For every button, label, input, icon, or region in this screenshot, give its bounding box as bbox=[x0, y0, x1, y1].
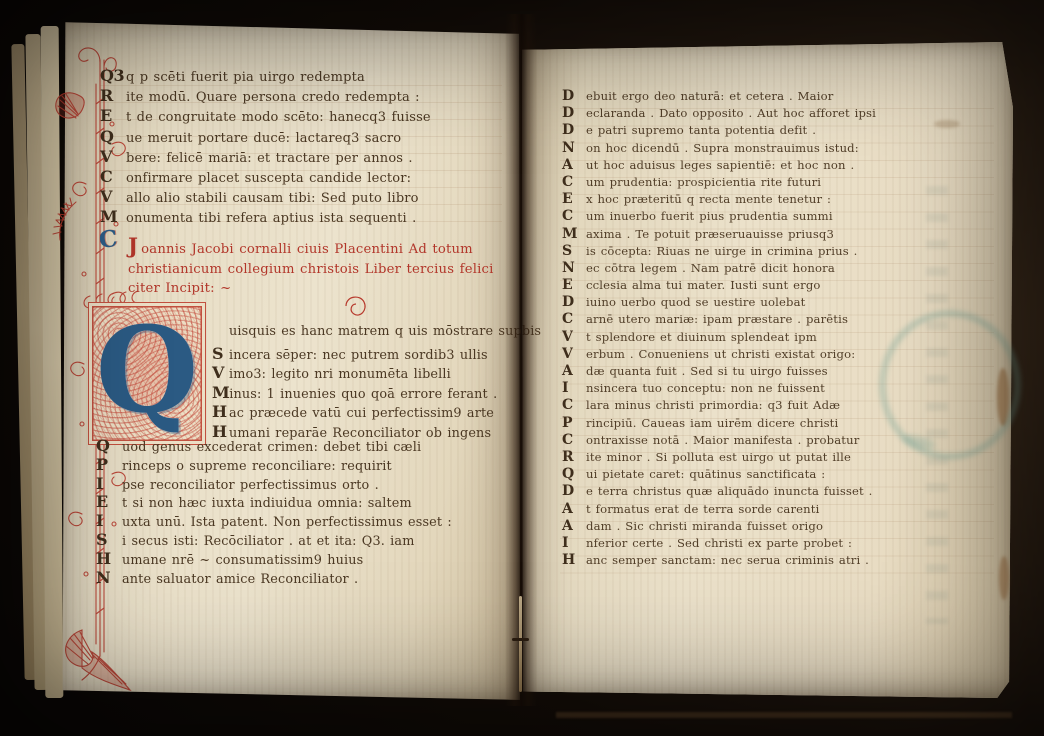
verse-text: uisquis es hanc matrem q uis mōstrare su… bbox=[229, 324, 541, 339]
drop-cap-q: Q bbox=[88, 302, 206, 445]
versal-initial: V bbox=[562, 329, 586, 345]
versal-initial: M bbox=[212, 383, 229, 402]
leaf-ornament bbox=[56, 93, 84, 118]
verse-text: onumenta tibi refera aptius ista sequent… bbox=[126, 211, 416, 226]
verse-line: S is cōcepta: Riuas ne uirge in crimina … bbox=[562, 243, 876, 260]
verse-line: I nsincera tuo conceptu: non ne fuissent bbox=[562, 380, 876, 397]
verse-text: t si non hæc iuxta indiuidua omnia: salt… bbox=[122, 496, 412, 511]
verse-line: H umane nrē ~ consumatissim9 huius bbox=[96, 549, 452, 568]
verse-line: H ac præcede vatū cui perfectissim9 arte bbox=[212, 402, 541, 422]
verse-line: C um prudentia: prospicientia rite futur… bbox=[562, 174, 876, 191]
verse-text: uod genus excederat crimen: debet tibi c… bbox=[122, 440, 421, 455]
verse-line: N ante saluator amice Reconciliator . bbox=[96, 568, 452, 587]
versal-initial: C bbox=[562, 311, 586, 327]
versal-initial: I bbox=[96, 474, 122, 493]
versal-initial: S bbox=[212, 344, 229, 363]
verse-line: E t de congruitate modo scēto: hanecq3 f… bbox=[100, 106, 431, 126]
verse-text: q p scēti fuerit pia uirgo redempta bbox=[126, 70, 365, 85]
verse-text: arnē utero mariæ: ipam præstare . parēti… bbox=[586, 312, 848, 326]
verse-line: A t formatus erat de terra sorde carenti bbox=[562, 501, 876, 518]
verse-text: is cōcepta: Riuas ne uirge in crimina pr… bbox=[586, 244, 857, 258]
verse-text: allo alio stabili causam tibi: Sed puto … bbox=[126, 191, 419, 206]
versal-initial: M bbox=[562, 226, 586, 242]
verse-text: rinceps o supreme reconciliare: requirit bbox=[122, 459, 392, 474]
verse-text: on hoc dicendū . Supra monstrauimus istu… bbox=[586, 141, 859, 155]
verse-line: A dam . Sic christi miranda fuisset orig… bbox=[562, 518, 876, 535]
verse-text: dam . Sic christi miranda fuisset origo bbox=[586, 519, 823, 533]
versal-initial: Q bbox=[100, 127, 126, 146]
verse-text: e terra christus quæ aliquādo inuncta fu… bbox=[586, 484, 873, 498]
versal-initial: D bbox=[562, 122, 586, 138]
left-verse-block: Q3 q p scēti fuerit pia uirgo redempta R… bbox=[100, 66, 431, 228]
verse-text: iuino uerbo quod se uestire uolebat bbox=[586, 295, 805, 309]
verse-line: N ec cōtra legem . Nam patrē dicit honor… bbox=[562, 260, 876, 277]
verse-text: t de congruitate modo scēto: hanecq3 fui… bbox=[126, 110, 431, 125]
verse-text: t formatus erat de terra sorde carenti bbox=[586, 502, 819, 516]
verse-line: C um inuerbo fuerit pius prudentia summi bbox=[562, 208, 876, 225]
verse-line: H anc semper sanctam: nec serua criminis… bbox=[562, 552, 876, 569]
verse-line: V allo alio stabili causam tibi: Sed put… bbox=[100, 187, 431, 207]
versal-initial: H bbox=[96, 549, 122, 568]
verse-text: ebuit ergo deo naturā: et cetera . Maior bbox=[586, 89, 833, 103]
verse-text: inus: 1 inuenies quo qoā errore ferant . bbox=[229, 387, 497, 402]
verse-line: Q3 q p scēti fuerit pia uirgo redempta bbox=[100, 66, 431, 86]
verse-line: C ontraxisse notā . Maior manifesta . pr… bbox=[562, 432, 876, 449]
verse-text: x hoc præteritū q recta mente tenetur : bbox=[586, 192, 831, 206]
versal-initial: V bbox=[212, 363, 229, 382]
versal-initial: V bbox=[100, 147, 126, 166]
verse-line: I pse reconciliator perfectissimus orto … bbox=[96, 474, 452, 493]
verse-line: V imo3: legito nri monumēta libelli bbox=[212, 363, 541, 383]
verse-line: P rincipiū. Caueas iam uirēm dicere chri… bbox=[562, 415, 876, 432]
rubric-initial: J bbox=[128, 233, 138, 258]
verse-text: cclesia alma tui mater. Iusti sunt ergo bbox=[586, 278, 821, 292]
verse-text: ui pietate caret: quātinus sanctificata … bbox=[586, 467, 825, 481]
verse-text: i secus isti: Recōciliator . at et ita: … bbox=[122, 534, 414, 549]
verse-text: ontraxisse notā . Maior manifesta . prob… bbox=[586, 433, 859, 447]
verse-text: nsincera tuo conceptu: non ne fuissent bbox=[586, 381, 825, 395]
verse-line: M inus: 1 inuenies quo qoā errore ferant… bbox=[212, 383, 541, 403]
versal-initial: Q3 bbox=[100, 66, 126, 85]
verse-text: t splendore et diuinum splendeat ipm bbox=[586, 330, 817, 344]
versal-initial: E bbox=[96, 492, 122, 511]
verse-text: dæ quanta fuit . Sed si tu uirgo fuisses bbox=[586, 364, 828, 378]
verse-text: eclaranda . Dato opposito . Aut hoc affo… bbox=[586, 106, 876, 120]
board-edge bbox=[556, 712, 1012, 718]
verse-text: anc semper sanctam: nec serua criminis a… bbox=[586, 553, 869, 567]
versal-initial: C bbox=[562, 208, 586, 224]
versal-initial: P bbox=[96, 455, 122, 474]
rubric-paraph: C bbox=[98, 225, 119, 254]
versal-initial: A bbox=[562, 363, 586, 379]
versal-initial: E bbox=[100, 106, 126, 125]
verse-line: Q ue meruit portare ducē: lactareq3 sacr… bbox=[100, 127, 431, 147]
left-verse-block-lower: Q uod genus excederat crimen: debet tibi… bbox=[96, 436, 452, 586]
left-verse-beside-dropcap: uisquis es hanc matrem q uis mōstrare su… bbox=[212, 324, 541, 442]
verse-line: E t si non hæc iuxta indiuidua omnia: sa… bbox=[96, 492, 452, 511]
versal-initial: I bbox=[562, 535, 586, 551]
verse-text: bere: felicē mariā: et tractare per anno… bbox=[126, 151, 413, 166]
verse-line: N on hoc dicendū . Supra monstrauimus is… bbox=[562, 140, 876, 157]
versal-initial: A bbox=[562, 157, 586, 173]
verse-line: V t splendore et diuinum splendeat ipm bbox=[562, 329, 876, 346]
versal-initial: D bbox=[562, 483, 586, 499]
verse-text: pse reconciliator perfectissimus orto . bbox=[122, 478, 379, 493]
page-stain bbox=[999, 556, 1009, 600]
verse-line: D iuino uerbo quod se uestire uolebat bbox=[562, 294, 876, 311]
versal-initial: C bbox=[562, 174, 586, 190]
versal-initial: R bbox=[100, 86, 126, 105]
verse-text: e patri supremo tanta potentia defit . bbox=[586, 123, 816, 137]
verse-text: ante saluator amice Reconciliator . bbox=[122, 572, 358, 587]
verse-line: C onfirmare placet suscepta candide lect… bbox=[100, 167, 431, 187]
verse-line: A ut hoc aduisus leges sapientiē: et hoc… bbox=[562, 157, 876, 174]
verse-line: A dæ quanta fuit . Sed si tu uirgo fuiss… bbox=[562, 363, 876, 380]
verse-text: uxta unū. Ista patent. Non perfectissimu… bbox=[122, 515, 452, 530]
verse-line: I uxta unū. Ista patent. Non perfectissi… bbox=[96, 511, 452, 530]
verse-text: incera sēper: nec putrem sordib3 ullis bbox=[229, 348, 488, 363]
versal-initial: R bbox=[562, 449, 586, 465]
verse-text: erbum . Conueniens ut christi existat or… bbox=[586, 347, 855, 361]
verse-text: onfirmare placet suscepta candide lector… bbox=[126, 171, 411, 186]
versal-initial: D bbox=[562, 88, 586, 104]
versal-initial: A bbox=[562, 501, 586, 517]
verse-line: M onumenta tibi refera aptius ista seque… bbox=[100, 207, 431, 227]
verse-text: imo3: legito nri monumēta libelli bbox=[229, 367, 451, 382]
versal-initial: N bbox=[562, 140, 586, 156]
verse-text: ec cōtra legem . Nam patrē dicit honora bbox=[586, 261, 835, 275]
verse-line: Q uod genus excederat crimen: debet tibi… bbox=[96, 436, 452, 455]
page-stain bbox=[934, 120, 960, 128]
versal-initial: S bbox=[96, 530, 122, 549]
versal-initial: V bbox=[562, 346, 586, 362]
verse-text: ac præcede vatū cui perfectissim9 arte bbox=[229, 406, 494, 421]
versal-initial: I bbox=[96, 511, 122, 530]
versal-initial: C bbox=[562, 432, 586, 448]
verse-line: Q ui pietate caret: quātinus sanctificat… bbox=[562, 466, 876, 483]
showthrough-text-column bbox=[926, 186, 948, 624]
versal-initial: H bbox=[562, 552, 586, 568]
versal-initial: E bbox=[562, 277, 586, 293]
versal-initial: I bbox=[562, 380, 586, 396]
versal-initial: A bbox=[562, 518, 586, 534]
versal-initial: Q bbox=[96, 436, 122, 455]
verse-text: ue meruit portare ducē: lactareq3 sacro bbox=[126, 131, 401, 146]
rubric-end-flourish bbox=[340, 286, 380, 320]
rubric-line: citer Incipit: ~ bbox=[128, 279, 494, 299]
sewing-station bbox=[512, 638, 529, 641]
verse-text: ut hoc aduisus leges sapientiē: et hoc n… bbox=[586, 158, 854, 172]
verse-line: D e patri supremo tanta potentia defit . bbox=[562, 122, 876, 139]
verse-line: M axima . Te potuit præseruauisse priusq… bbox=[562, 226, 876, 243]
verse-line: R ite minor . Si polluta est uirgo ut pu… bbox=[562, 449, 876, 466]
versal-initial: Q bbox=[562, 466, 586, 482]
verse-line: uisquis es hanc matrem q uis mōstrare su… bbox=[212, 324, 541, 344]
versal-initial: P bbox=[562, 415, 586, 431]
versal-initial: C bbox=[100, 167, 126, 186]
verse-line: V erbum . Conueniens ut christi existat … bbox=[562, 346, 876, 363]
finial-ornament bbox=[66, 630, 130, 690]
verse-text: ite modū. Quare persona credo redempta : bbox=[126, 90, 420, 105]
verse-line: P rinceps o supreme reconciliare: requir… bbox=[96, 455, 452, 474]
versal-initial: V bbox=[100, 187, 126, 206]
drop-cap-letter: Q bbox=[89, 299, 205, 440]
versal-initial: N bbox=[96, 568, 122, 587]
versal-initial: C bbox=[562, 397, 586, 413]
versal-initial: H bbox=[212, 402, 229, 421]
verse-text: lara minus christi primordia: q3 fuit Ad… bbox=[586, 398, 840, 412]
verse-line: S i secus isti: Recōciliator . at et ita… bbox=[96, 530, 452, 549]
verse-text: um prudentia: prospicientia rite futuri bbox=[586, 175, 821, 189]
fern-ornament bbox=[53, 198, 76, 240]
manuscript-photo: Q3 q p scēti fuerit pia uirgo redempta R… bbox=[0, 0, 1044, 736]
versal-initial: S bbox=[562, 243, 586, 259]
verse-text: rincipiū. Caueas iam uirēm dicere christ… bbox=[586, 416, 838, 430]
verse-line: D ebuit ergo deo naturā: et cetera . Mai… bbox=[562, 88, 876, 105]
verse-line: E x hoc præteritū q recta mente tenetur … bbox=[562, 191, 876, 208]
verse-text: umane nrē ~ consumatissim9 huius bbox=[122, 553, 363, 568]
verse-line: R ite modū. Quare persona credo redempta… bbox=[100, 86, 431, 106]
versal-initial: M bbox=[100, 207, 126, 226]
verse-line: C arnē utero mariæ: ipam præstare . parē… bbox=[562, 311, 876, 328]
verse-text: nferior certe . Sed christi ex parte pro… bbox=[586, 536, 852, 550]
rubric-incipit: Joannis Jacobi cornalli ciuis Placentini… bbox=[128, 236, 494, 299]
verse-line: C lara minus christi primordia: q3 fuit … bbox=[562, 397, 876, 414]
verse-line: D eclaranda . Dato opposito . Aut hoc af… bbox=[562, 105, 876, 122]
verse-text: axima . Te potuit præseruauisse priusq3 bbox=[586, 227, 834, 241]
versal-initial: E bbox=[562, 191, 586, 207]
verse-line: E cclesia alma tui mater. Iusti sunt erg… bbox=[562, 277, 876, 294]
verse-text: um inuerbo fuerit pius prudentia summi bbox=[586, 209, 833, 223]
versal-initial: D bbox=[562, 294, 586, 310]
verse-text: ite minor . Si polluta est uirgo ut puta… bbox=[586, 450, 851, 464]
rubric-line: Joannis Jacobi cornalli ciuis Placentini… bbox=[128, 236, 494, 260]
verse-line: V bere: felicē mariā: et tractare per an… bbox=[100, 147, 431, 167]
verse-line: S incera sēper: nec putrem sordib3 ullis bbox=[212, 344, 541, 364]
verse-line: I nferior certe . Sed christi ex parte p… bbox=[562, 535, 876, 552]
verse-line: D e terra christus quæ aliquādo inuncta … bbox=[562, 483, 876, 500]
page-stain bbox=[997, 368, 1009, 426]
versal-initial: D bbox=[562, 105, 586, 121]
binding-thread bbox=[519, 596, 522, 692]
versal-initial: N bbox=[562, 260, 586, 276]
rubric-line: christianicum collegium christois Liber … bbox=[128, 260, 494, 280]
right-verse-block: D ebuit ergo deo naturā: et cetera . Mai… bbox=[562, 88, 876, 569]
